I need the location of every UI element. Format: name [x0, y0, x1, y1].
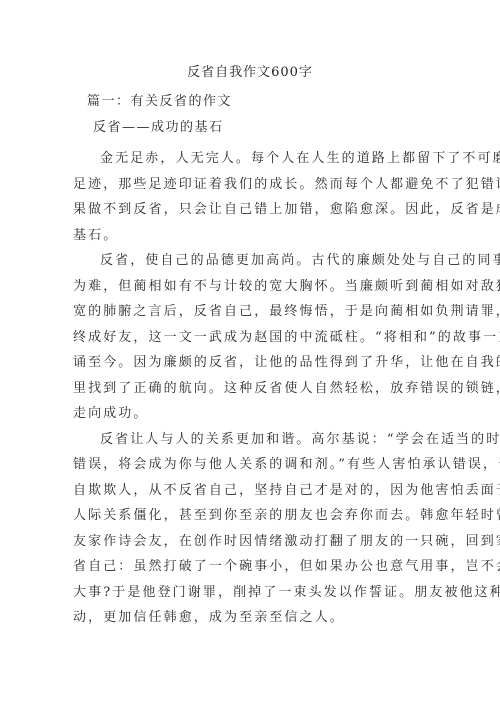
text-line: 果做不到反省，只会让自己错上加错，愈陷愈深。因此，反省是成功的 — [73, 197, 429, 223]
essay-body: 金无足赤，人无完人。每个人在人生的道路上都留下了不可磨灭的 足迹，那些足迹印证着… — [73, 146, 429, 631]
text-line: 走向成功。 — [73, 401, 429, 427]
paragraph-1: 金无足赤，人无完人。每个人在人生的道路上都留下了不可磨灭的 足迹，那些足迹印证着… — [73, 146, 429, 248]
text-line: 动，更加信任韩愈，成为至亲至信之人。 — [73, 605, 429, 631]
text-line: 友家作诗会友，在创作时因情绪激动打翻了朋友的一只碗，回到家后反 — [73, 529, 429, 555]
paragraph-3: 反省让人与人的关系更加和谐。高尔基说：“学会在适当的时候承认 错误，将会成为你与… — [73, 427, 429, 631]
text-line: 诵至今。因为廉颇的反省，让他的品性得到了升华，让他在自我的大海 — [73, 350, 429, 376]
document-title: 反省自我作文600字 — [0, 64, 500, 82]
text-line: 自欺欺人，从不反省自己，坚持自己才是对的，因为他害怕丢面子，使 — [73, 478, 429, 504]
essay-title: 反省——成功的基石 — [93, 119, 224, 137]
text-line: 里找到了正确的航向。这种反省使人自然轻松，放弃错误的锁链，从而 — [73, 376, 429, 402]
text-line: 足迹，那些足迹印证着我们的成长。然而每个人都避免不了犯错误，如 — [73, 172, 429, 198]
text-line: 金无足赤，人无完人。每个人在人生的道路上都留下了不可磨灭的 — [73, 146, 429, 172]
text-line: 反省让人与人的关系更加和谐。高尔基说：“学会在适当的时候承认 — [73, 427, 429, 453]
text-line: 宽的肺腑之言后，反省自己，最终悔悟，于是向蔺相如负荆请罪，二人 — [73, 299, 429, 325]
text-line: 基石。 — [73, 223, 429, 249]
text-line: 人际关系僵化，甚至到你至亲的朋友也会弃你而去。韩愈年轻时曾到朋 — [73, 503, 429, 529]
section-heading: 篇一：有关反省的作文 — [87, 93, 232, 111]
text-line: 错误，将会成为你与他人关系的调和剂。”有些人害怕承认错误，于是 — [73, 452, 429, 478]
text-line: 反省，使自己的品德更加高尚。古代的廉颇处处与自己的同事蔺相如 — [73, 248, 429, 274]
text-line: 大事?于是他登门谢罪，削掉了一束头发以作誓证。朋友被他这种精神感 — [73, 580, 429, 606]
document-page: 反省自我作文600字 篇一：有关反省的作文 反省——成功的基石 金无足赤，人无完… — [0, 0, 500, 707]
text-line: 终成好友，这一文一武成为赵国的中流砥柱。“将相和”的故事一直传 — [73, 325, 429, 351]
paragraph-2: 反省，使自己的品德更加高尚。古代的廉颇处处与自己的同事蔺相如 为难，但蔺相如有不… — [73, 248, 429, 427]
text-line: 为难，但蔺相如有不与计较的宽大胸怀。当廉颇听到蔺相如对敌狠对友 — [73, 274, 429, 300]
text-line: 省自己：虽然打破了一个碗事小，但如果办公也意气用事，岂不会坏了 — [73, 554, 429, 580]
